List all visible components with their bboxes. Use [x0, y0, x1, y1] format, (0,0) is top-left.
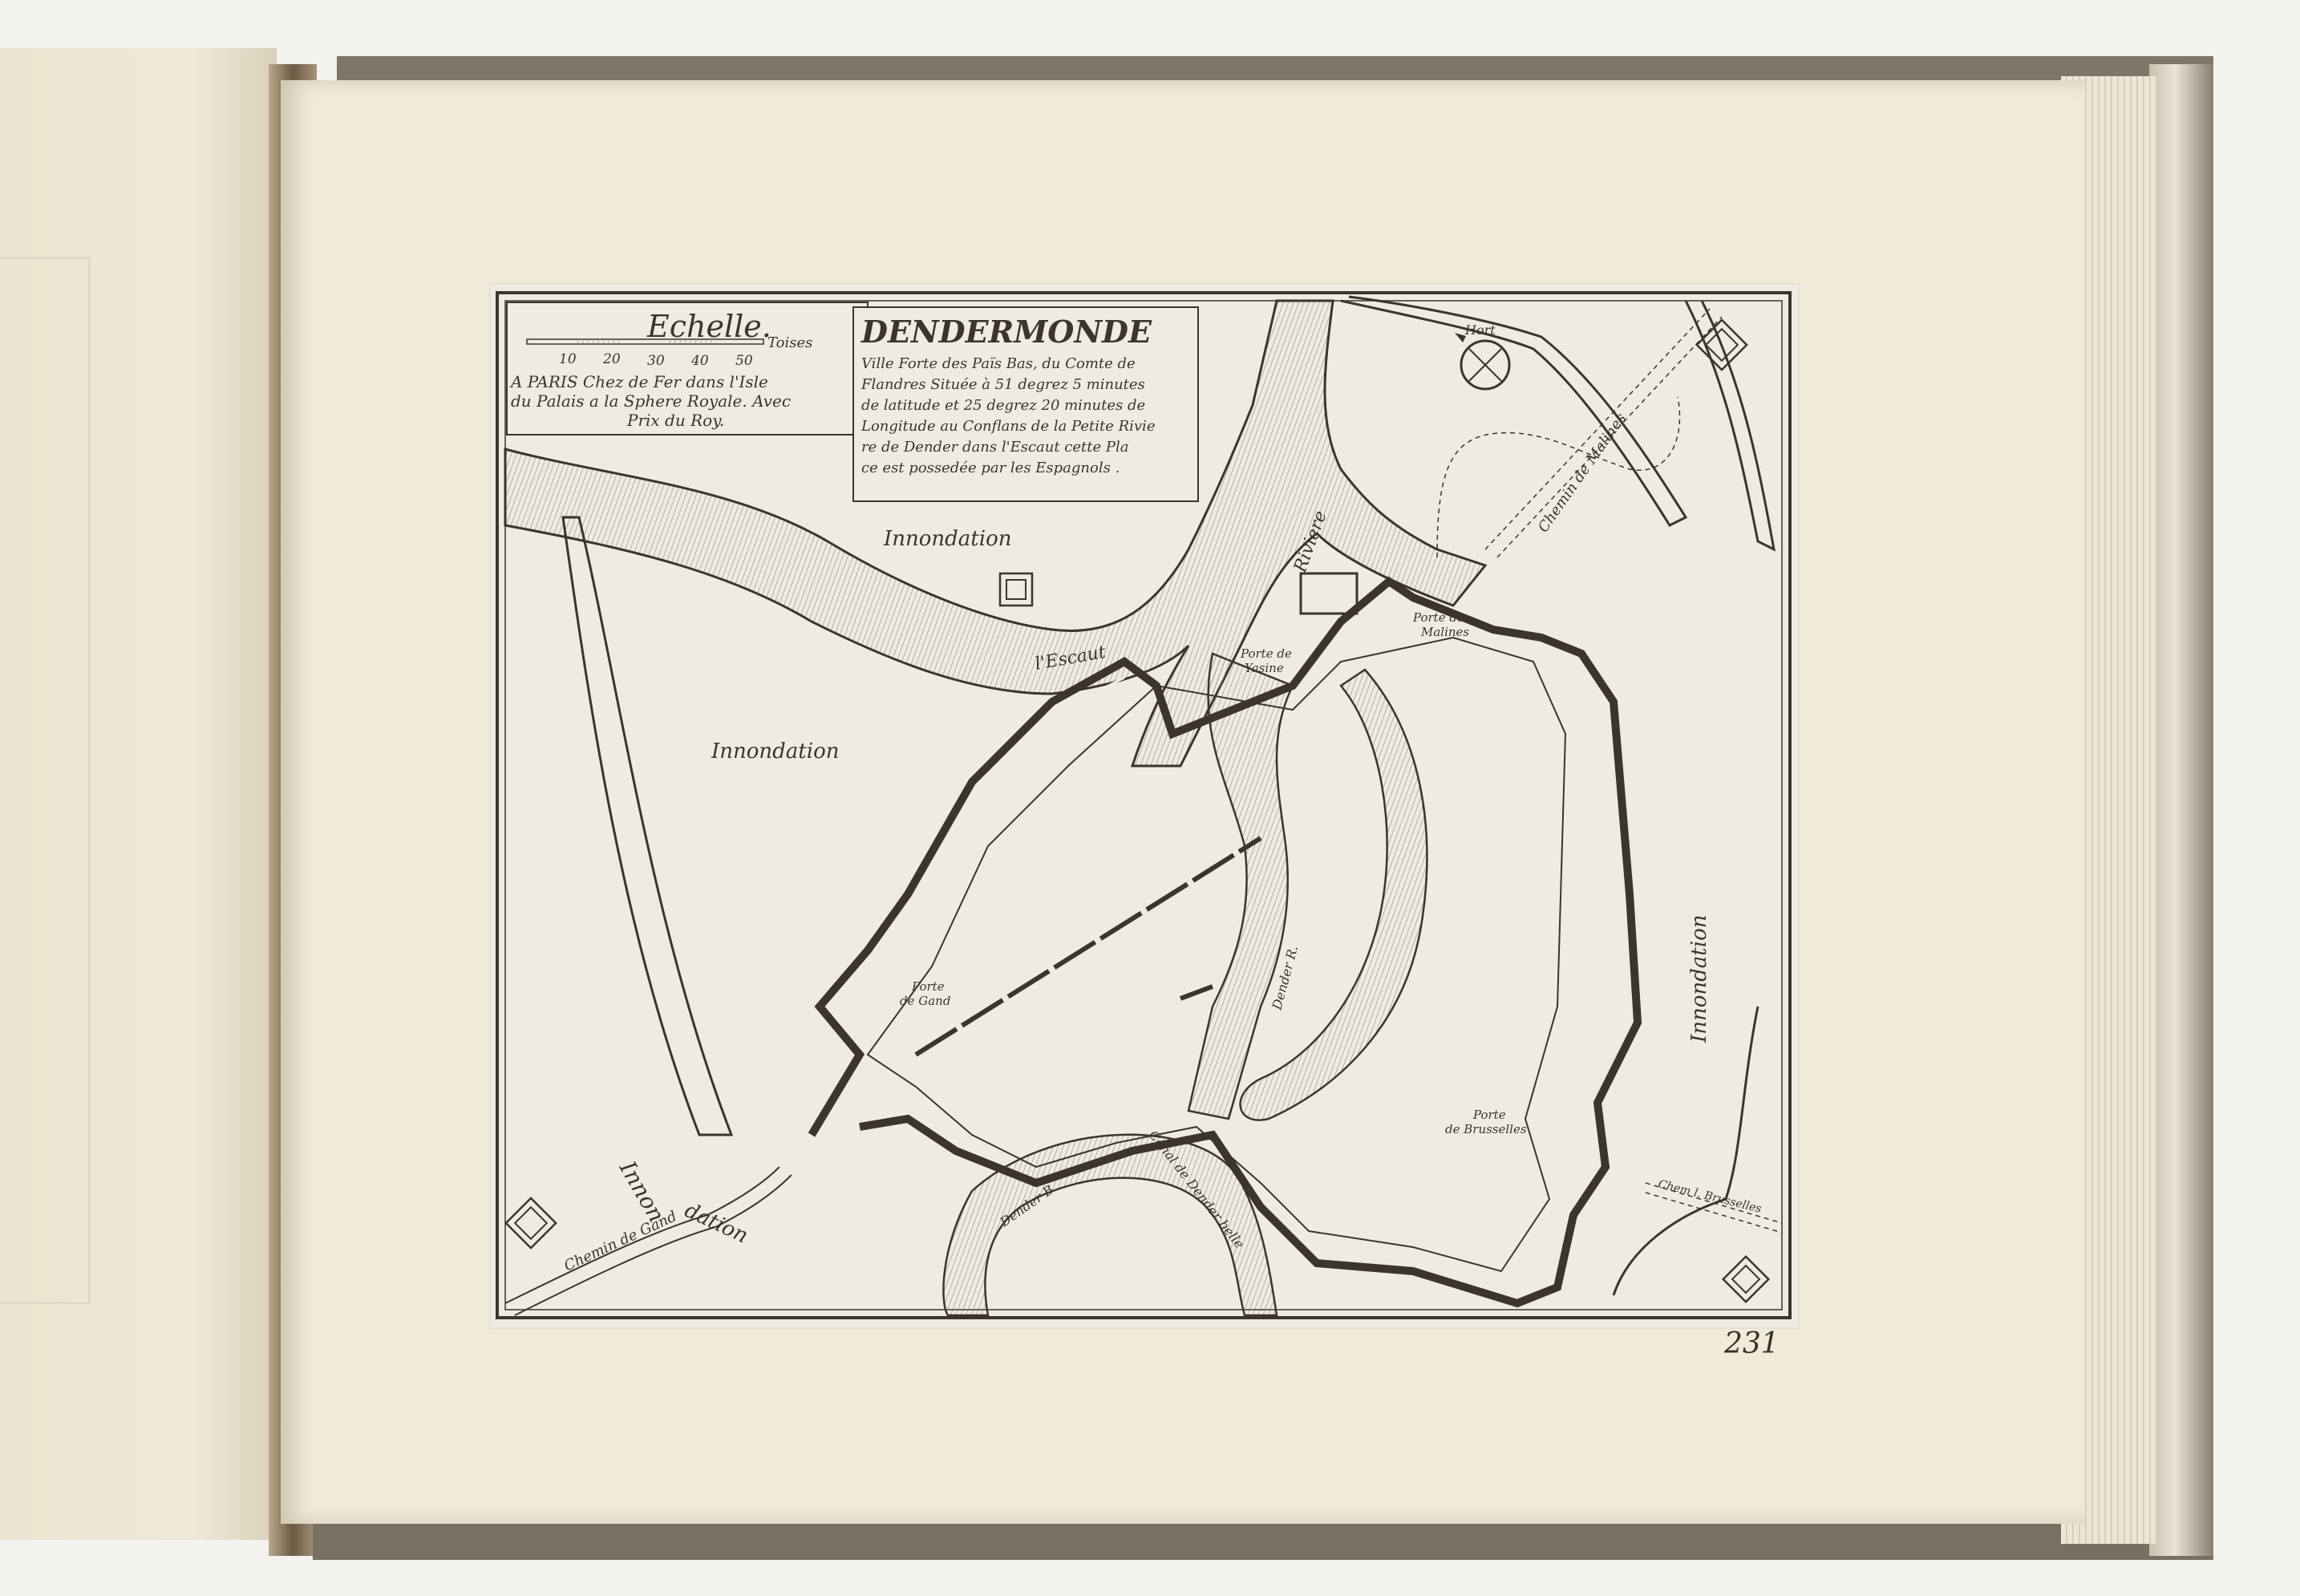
scale-unit: Toises	[767, 334, 812, 351]
label-chemin-bruxelles: Chem l. Brusselles	[1657, 1177, 1763, 1216]
svg-text:40: 40	[690, 353, 709, 369]
svg-text:Yasine: Yasine	[1245, 661, 1284, 675]
publisher-line: Prix du Roy.	[626, 411, 724, 430]
publisher-line: du Palais a la Sphere Royale. Avec	[511, 391, 791, 411]
label-innondation: dation	[681, 1198, 751, 1248]
map-engraving: Echelle. Toises 10 20 30 40 50 A PARIS C…	[491, 285, 1798, 1327]
scale-cartouche: Echelle. Toises 10 20 30 40 50 A PARIS C…	[507, 302, 868, 435]
label-porte-bruxelles: Porte	[1472, 1108, 1506, 1122]
svg-text:re de Dender dans l'Escaut cet: re de Dender dans l'Escaut cette Pla	[861, 439, 1128, 456]
svg-text:Longitude au Conflans de la Pe: Longitude au Conflans de la Petite Rivie	[860, 418, 1155, 435]
label-innondation: Innondation	[711, 739, 839, 764]
label-porte-gand: Porte	[911, 979, 945, 994]
stream-bottom-right	[1614, 1007, 1758, 1295]
svg-text:50: 50	[735, 353, 753, 369]
redoubt-icon	[506, 1198, 556, 1248]
page-number: 231	[1724, 1327, 1780, 1360]
stream-top	[1341, 297, 1686, 525]
publisher-line: A PARIS Chez de Fer dans l'Isle	[509, 372, 768, 391]
title-cartouche: DENDERMONDE Ville Forte des Païs Bas, du…	[853, 307, 1198, 501]
label-innondation: Innondation	[1687, 915, 1711, 1043]
svg-text:Flandres Située à 51 degrez 5: Flandres Située à 51 degrez 5 minutes	[860, 376, 1145, 393]
svg-text:10: 10	[559, 351, 577, 367]
svg-text:de Gand: de Gand	[900, 994, 950, 1008]
label-hort: Hort	[1464, 322, 1496, 338]
covered-way-dashed	[1437, 397, 1680, 557]
svg-text:Malines: Malines	[1420, 625, 1469, 639]
map-title: DENDERMONDE	[860, 314, 1152, 350]
citadel	[1301, 573, 1357, 614]
svg-text:30: 30	[647, 353, 665, 369]
label-porte-yasine: Porte de	[1240, 646, 1292, 661]
cover-edge-bottom	[313, 1524, 2213, 1560]
svg-text:Ville Forte des Païs Bas, du C: Ville Forte des Païs Bas, du Comte de	[861, 355, 1136, 372]
compass-rose-icon	[1455, 333, 1509, 389]
redoubt-icon	[1723, 1257, 1769, 1302]
book-spread: Echelle. Toises 10 20 30 40 50 A PARIS C…	[0, 0, 2300, 1596]
svg-text:ce est possedée par les Espagn: ce est possedée par les Espagnols .	[861, 460, 1120, 476]
svg-text:de latitude et 25 degrez 20 mi: de latitude et 25 degrez 20 minutes de	[861, 397, 1145, 414]
redoubt-icon	[1000, 573, 1032, 606]
innondation-dike-left	[563, 517, 731, 1135]
label-chemin-malines: Chemin de Malines	[1535, 410, 1630, 535]
cover-edge-right	[2149, 64, 2213, 1556]
svg-text:de Brusselles: de Brusselles	[1445, 1122, 1527, 1136]
label-porte-malines: Porte de	[1412, 610, 1464, 625]
svg-text:20: 20	[602, 351, 621, 367]
left-page-ghost-plate	[0, 257, 91, 1304]
label-innondation: Innondation	[883, 527, 1011, 551]
